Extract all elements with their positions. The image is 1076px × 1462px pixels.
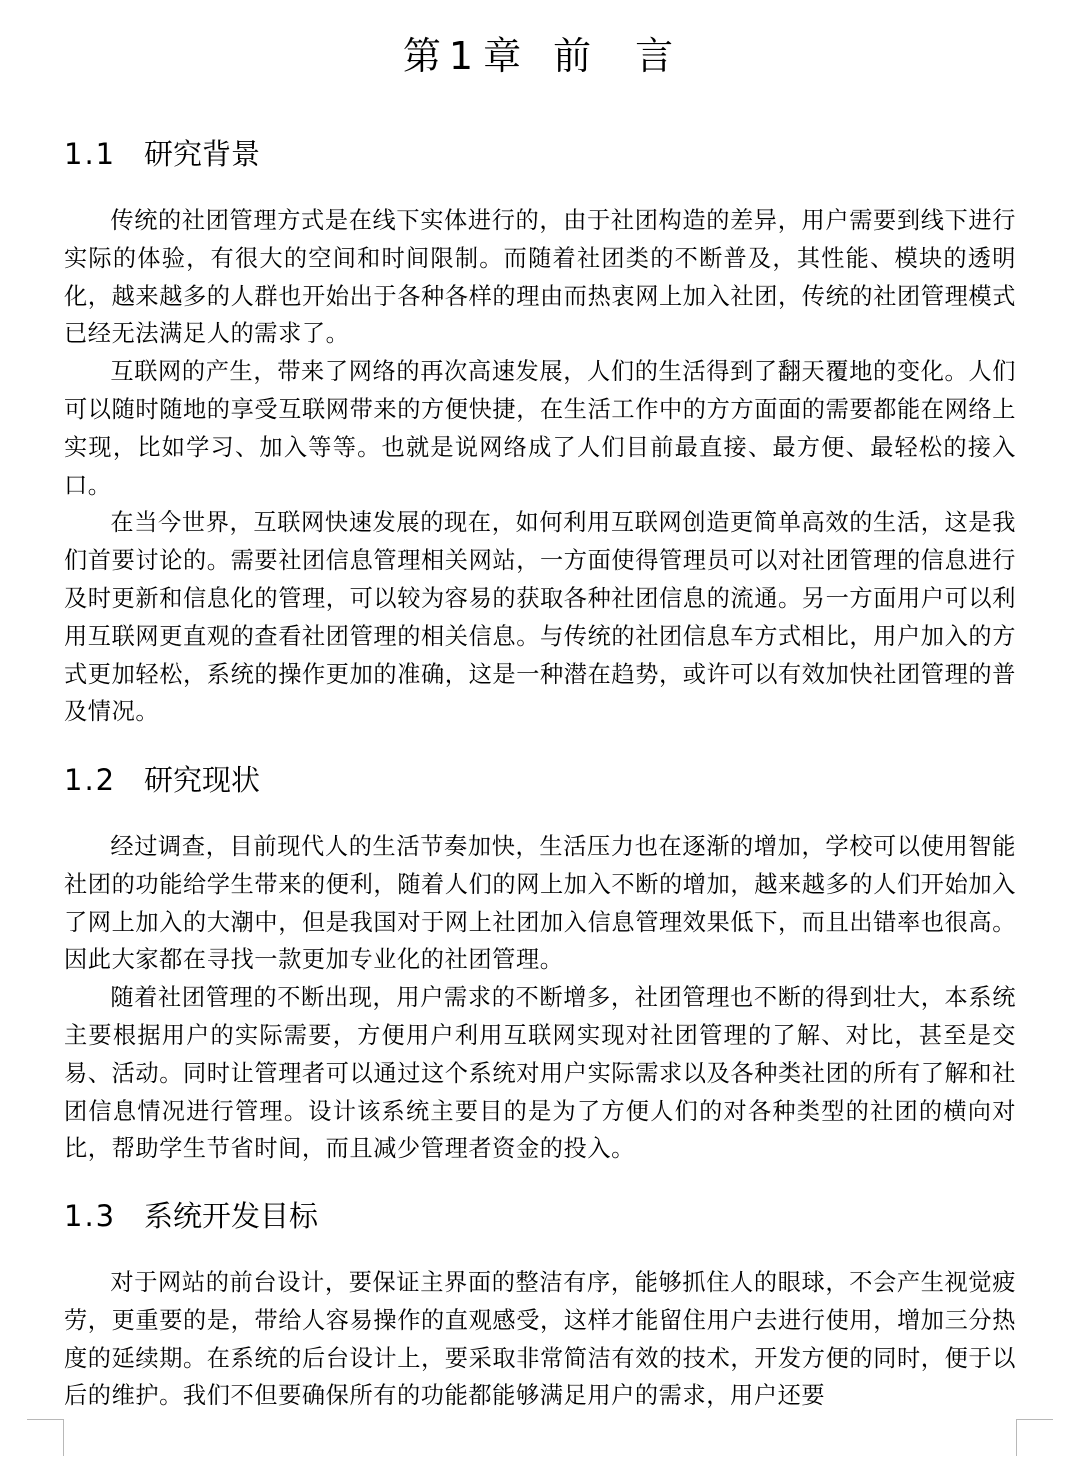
section-body-1-2: 经过调查，目前现代人的生活节奏加快，生活压力也在逐渐的增加，学校可以使用智能社团… bbox=[64, 828, 1016, 1168]
section-heading-1-3: 1.3系统开发目标 bbox=[64, 1196, 318, 1236]
chapter-title-char-1: 前 bbox=[553, 34, 591, 78]
chapter-number: 1 bbox=[449, 34, 473, 78]
section-number: 1.2 bbox=[64, 760, 144, 800]
section-heading-1-2: 1.2研究现状 bbox=[64, 760, 260, 800]
section-title: 研究现状 bbox=[144, 763, 260, 797]
paragraph: 随着社团管理的不断出现，用户需求的不断增多，社团管理也不断的得到壮大，本系统主要… bbox=[64, 979, 1016, 1168]
section-title: 系统开发目标 bbox=[144, 1199, 318, 1233]
paragraph: 在当今世界，互联网快速发展的现在，如何利用互联网创造更简单高效的生活，这是我们首… bbox=[64, 504, 1016, 731]
section-title: 研究背景 bbox=[144, 137, 260, 171]
chapter-title: 第1章前言 bbox=[0, 28, 1076, 84]
paragraph: 传统的社团管理方式是在线下实体进行的，由于社团构造的差异，用户需要到线下进行实际… bbox=[64, 202, 1016, 353]
section-body-1-1: 传统的社团管理方式是在线下实体进行的，由于社团构造的差异，用户需要到线下进行实际… bbox=[64, 202, 1016, 731]
section-body-1-3: 对于网站的前台设计，要保证主界面的整洁有序，能够抓住人的眼球，不会产生视觉疲劳，… bbox=[64, 1264, 1016, 1415]
section-number: 1.1 bbox=[64, 134, 144, 174]
paragraph: 对于网站的前台设计，要保证主界面的整洁有序，能够抓住人的眼球，不会产生视觉疲劳，… bbox=[64, 1264, 1016, 1415]
margin-corner-mark-right bbox=[1016, 1419, 1053, 1456]
document-page: 第1章前言 1.1研究背景 传统的社团管理方式是在线下实体进行的，由于社团构造的… bbox=[0, 0, 1076, 1462]
section-heading-1-1: 1.1研究背景 bbox=[64, 134, 260, 174]
chapter-prefix: 第 bbox=[403, 34, 441, 78]
paragraph: 互联网的产生，带来了网络的再次高速发展，人们的生活得到了翻天覆地的变化。人们可以… bbox=[64, 353, 1016, 504]
section-number: 1.3 bbox=[64, 1196, 144, 1236]
chapter-title-char-2: 言 bbox=[635, 34, 673, 78]
paragraph: 经过调查，目前现代人的生活节奏加快，生活压力也在逐渐的增加，学校可以使用智能社团… bbox=[64, 828, 1016, 979]
margin-corner-mark-left bbox=[27, 1419, 64, 1456]
chapter-suffix: 章 bbox=[483, 34, 521, 78]
